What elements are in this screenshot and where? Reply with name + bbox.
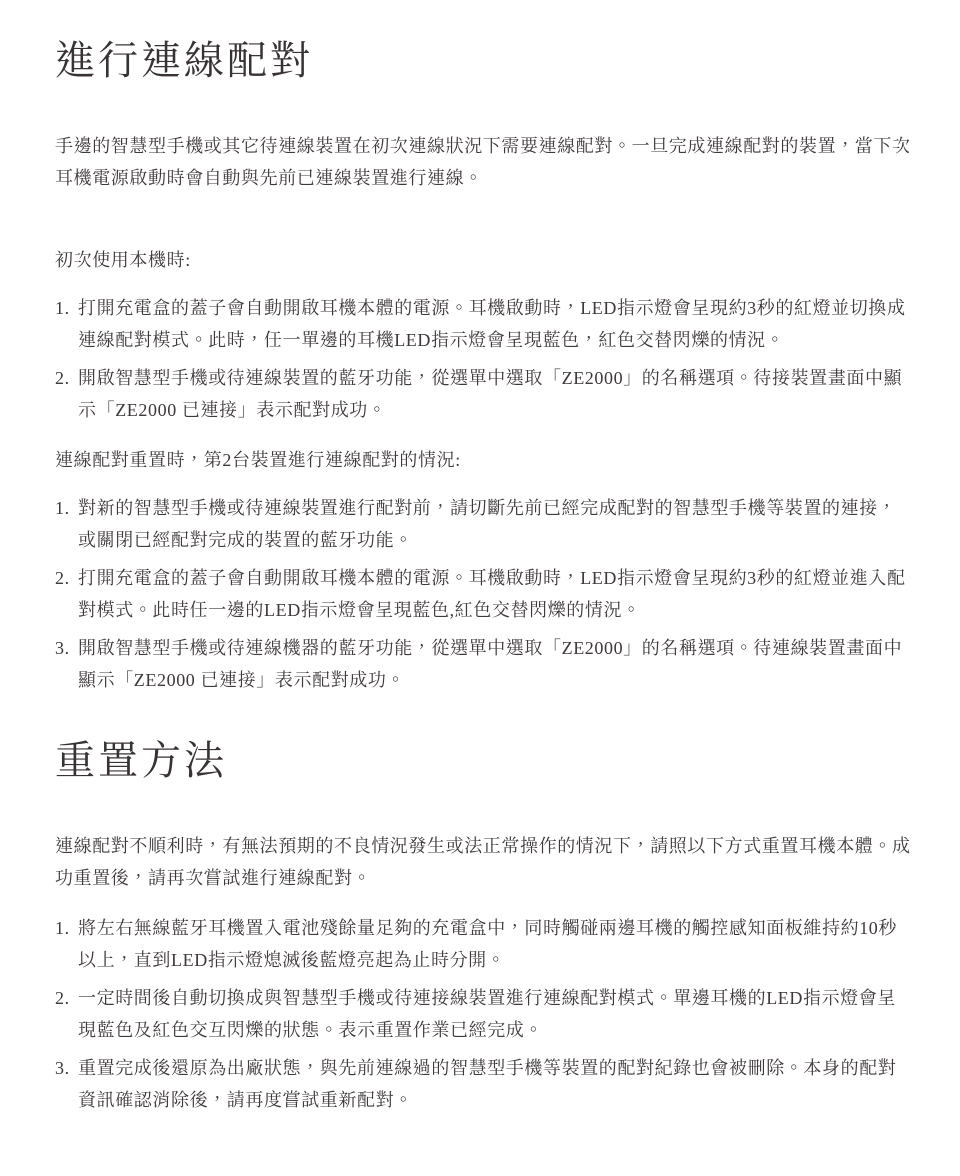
re-pairing-step-2: 打開充電盒的蓋子會自動開啟耳機本體的電源。耳機啟動時，LED指示燈會呈現約3秒的… bbox=[55, 562, 912, 626]
pairing-section-title: 進行連線配對 bbox=[55, 0, 912, 86]
re-pairing-step-3: 開啟智慧型手機或待連線機器的藍牙功能，從選單中選取「ZE2000」的名稱選項。待… bbox=[55, 632, 912, 696]
reset-section-title: 重置方法 bbox=[55, 736, 912, 786]
first-use-step-1: 打開充電盒的蓋子會自動開啟耳機本體的電源。耳機啟動時，LED指示燈會呈現約3秒的… bbox=[55, 292, 912, 356]
manual-page: 進行連線配對 手邊的智慧型手機或其它待連線裝置在初次連線狀況下需要連線配對。一旦… bbox=[0, 0, 960, 1176]
first-use-steps-list: 打開充電盒的蓋子會自動開啟耳機本體的電源。耳機啟動時，LED指示燈會呈現約3秒的… bbox=[55, 292, 912, 426]
reset-step-3: 重置完成後還原為出廠狀態，與先前連線過的智慧型手機等裝置的配對紀錄也會被刪除。本… bbox=[55, 1052, 912, 1116]
reset-step-1: 將左右無線藍牙耳機置入電池殘餘量足夠的充電盒中，同時觸碰兩邊耳機的觸控感知面板維… bbox=[55, 912, 912, 976]
re-pairing-steps-list: 對新的智慧型手機或待連線裝置進行配對前，請切斷先前已經完成配對的智慧型手機等裝置… bbox=[55, 492, 912, 696]
first-use-label: 初次使用本機時: bbox=[55, 244, 912, 276]
reset-step-2: 一定時間後自動切換成與智慧型手機或待連接線裝置進行連線配對模式。單邊耳機的LED… bbox=[55, 982, 912, 1046]
re-pairing-label: 連線配對重置時，第2台裝置進行連線配對的情況: bbox=[55, 444, 912, 476]
pairing-intro-paragraph: 手邊的智慧型手機或其它待連線裝置在初次連線狀況下需要連線配對。一旦完成連線配對的… bbox=[55, 130, 912, 194]
reset-steps-list: 將左右無線藍牙耳機置入電池殘餘量足夠的充電盒中，同時觸碰兩邊耳機的觸控感知面板維… bbox=[55, 912, 912, 1116]
re-pairing-step-1: 對新的智慧型手機或待連線裝置進行配對前，請切斷先前已經完成配對的智慧型手機等裝置… bbox=[55, 492, 912, 556]
first-use-step-2: 開啟智慧型手機或待連線裝置的藍牙功能，從選單中選取「ZE2000」的名稱選項。待… bbox=[55, 362, 912, 426]
reset-intro-paragraph: 連線配對不順利時，有無法預期的不良情況發生或法正常操作的情況下，請照以下方式重置… bbox=[55, 830, 912, 894]
